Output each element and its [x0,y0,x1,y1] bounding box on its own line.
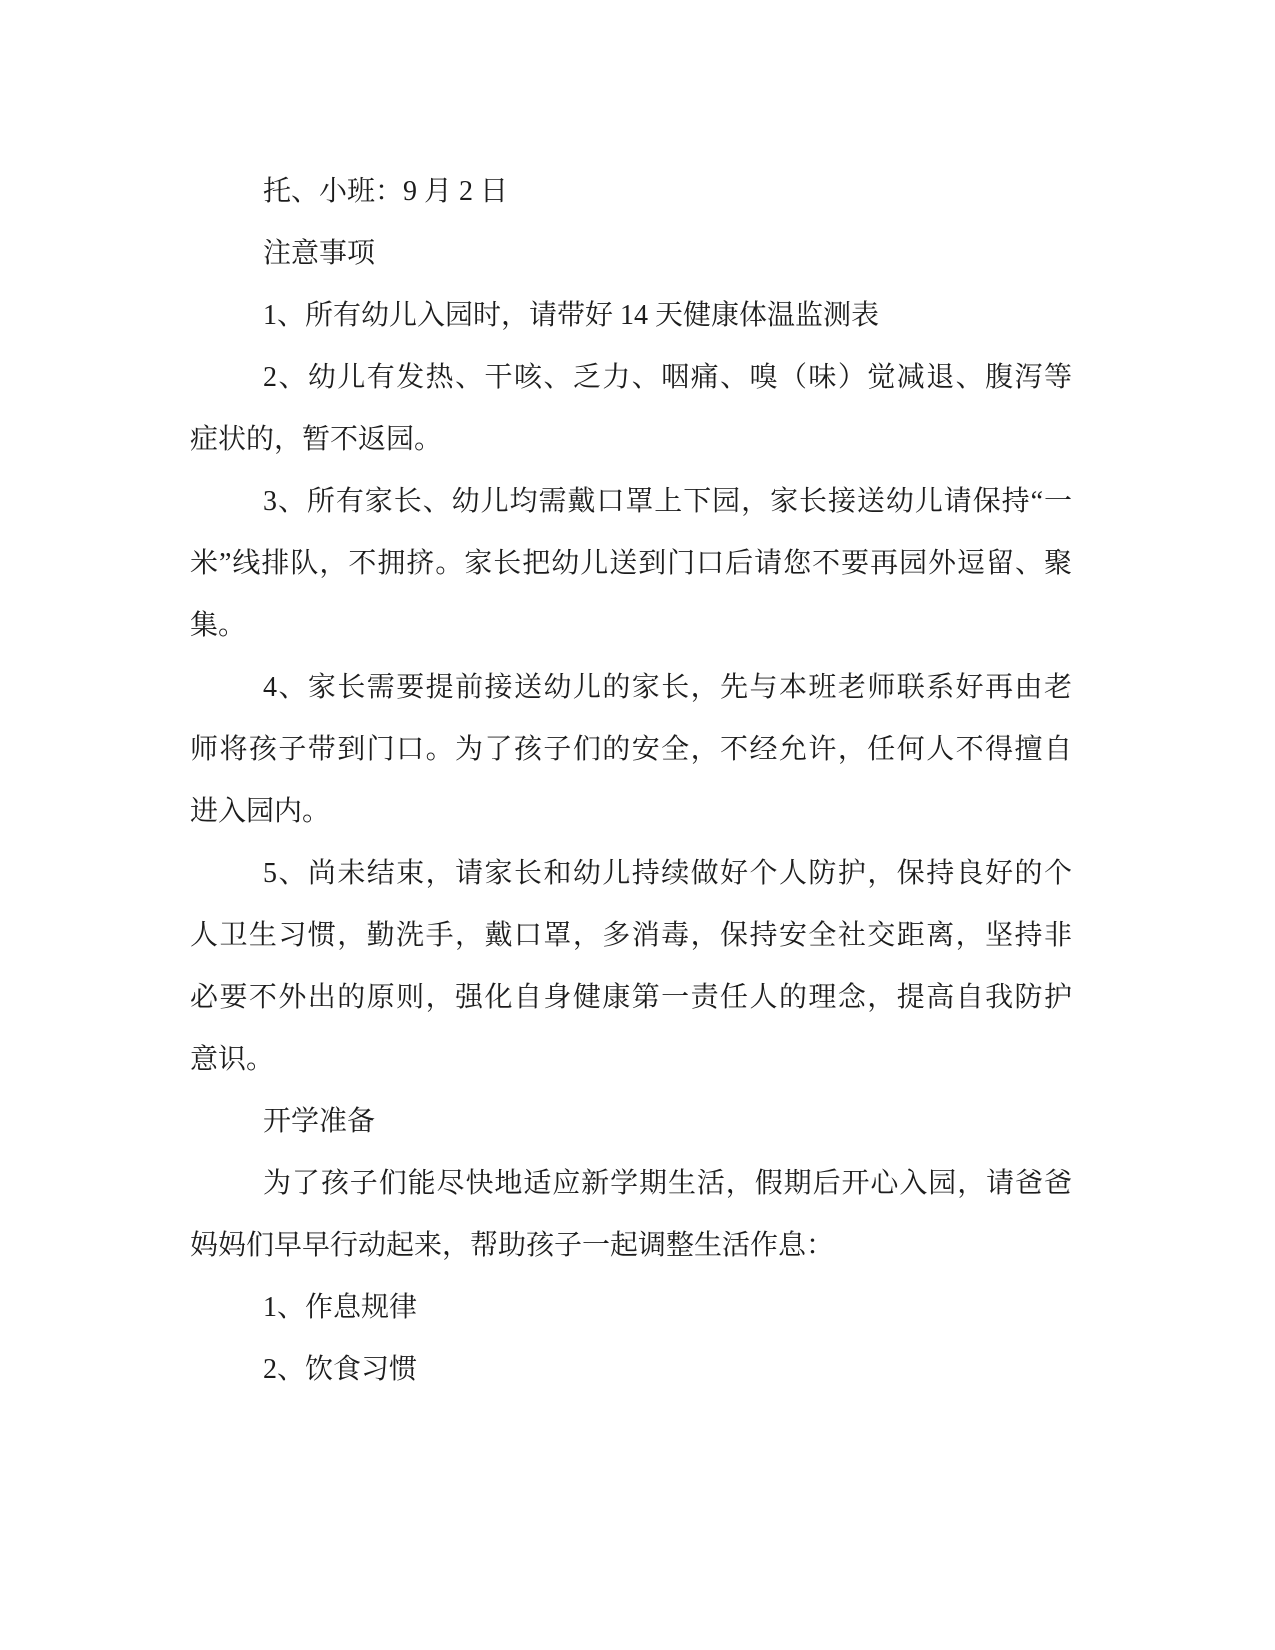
text-line: 妈妈们早早行动起来，帮助孩子一起调整生活作息： [190,1215,1072,1277]
text-line: 师将孩子带到门口。为了孩子们的安全，不经允许，任何人不得擅自 [190,719,1072,781]
text-line: 必要不外出的原则，强化自身健康第一责任人的理念，提高自我防护 [190,967,1072,1029]
text-line: 人卫生习惯，勤洗手，戴口罩，多消毒，保持安全社交距离，坚持非 [190,905,1072,967]
text-line: 症状的，暂不返园。 [190,409,1072,471]
text-line: 进入园内。 [190,781,1072,843]
text-line: 2、幼儿有发热、干咳、乏力、咽痛、嗅（味）觉减退、腹泻等 [190,347,1072,409]
text-line: 意识。 [190,1029,1072,1091]
text-line: 米”线排队，不拥挤。家长把幼儿送到门口后请您不要再园外逗留、聚 [190,533,1072,595]
text-line: 注意事项 [190,223,1072,285]
text-line: 5、尚未结束，请家长和幼儿持续做好个人防护，保持良好的个 [190,843,1072,905]
text-line: 为了孩子们能尽快地适应新学期生活，假期后开心入园，请爸爸 [190,1153,1072,1215]
document-page: 托、小班：9 月 2 日注意事项1、所有幼儿入园时，请带好 14 天健康体温监测… [0,0,1275,1650]
text-line: 托、小班：9 月 2 日 [190,161,1072,223]
text-line: 开学准备 [190,1091,1072,1153]
text-line: 集。 [190,595,1072,657]
text-line: 2、饮食习惯 [190,1339,1072,1401]
text-line: 4、家长需要提前接送幼儿的家长，先与本班老师联系好再由老 [190,657,1072,719]
text-line: 1、作息规律 [190,1277,1072,1339]
document-text-block: 托、小班：9 月 2 日注意事项1、所有幼儿入园时，请带好 14 天健康体温监测… [190,161,1072,1401]
text-line: 1、所有幼儿入园时，请带好 14 天健康体温监测表 [190,285,1072,347]
text-line: 3、所有家长、幼儿均需戴口罩上下园，家长接送幼儿请保持“一 [190,471,1072,533]
